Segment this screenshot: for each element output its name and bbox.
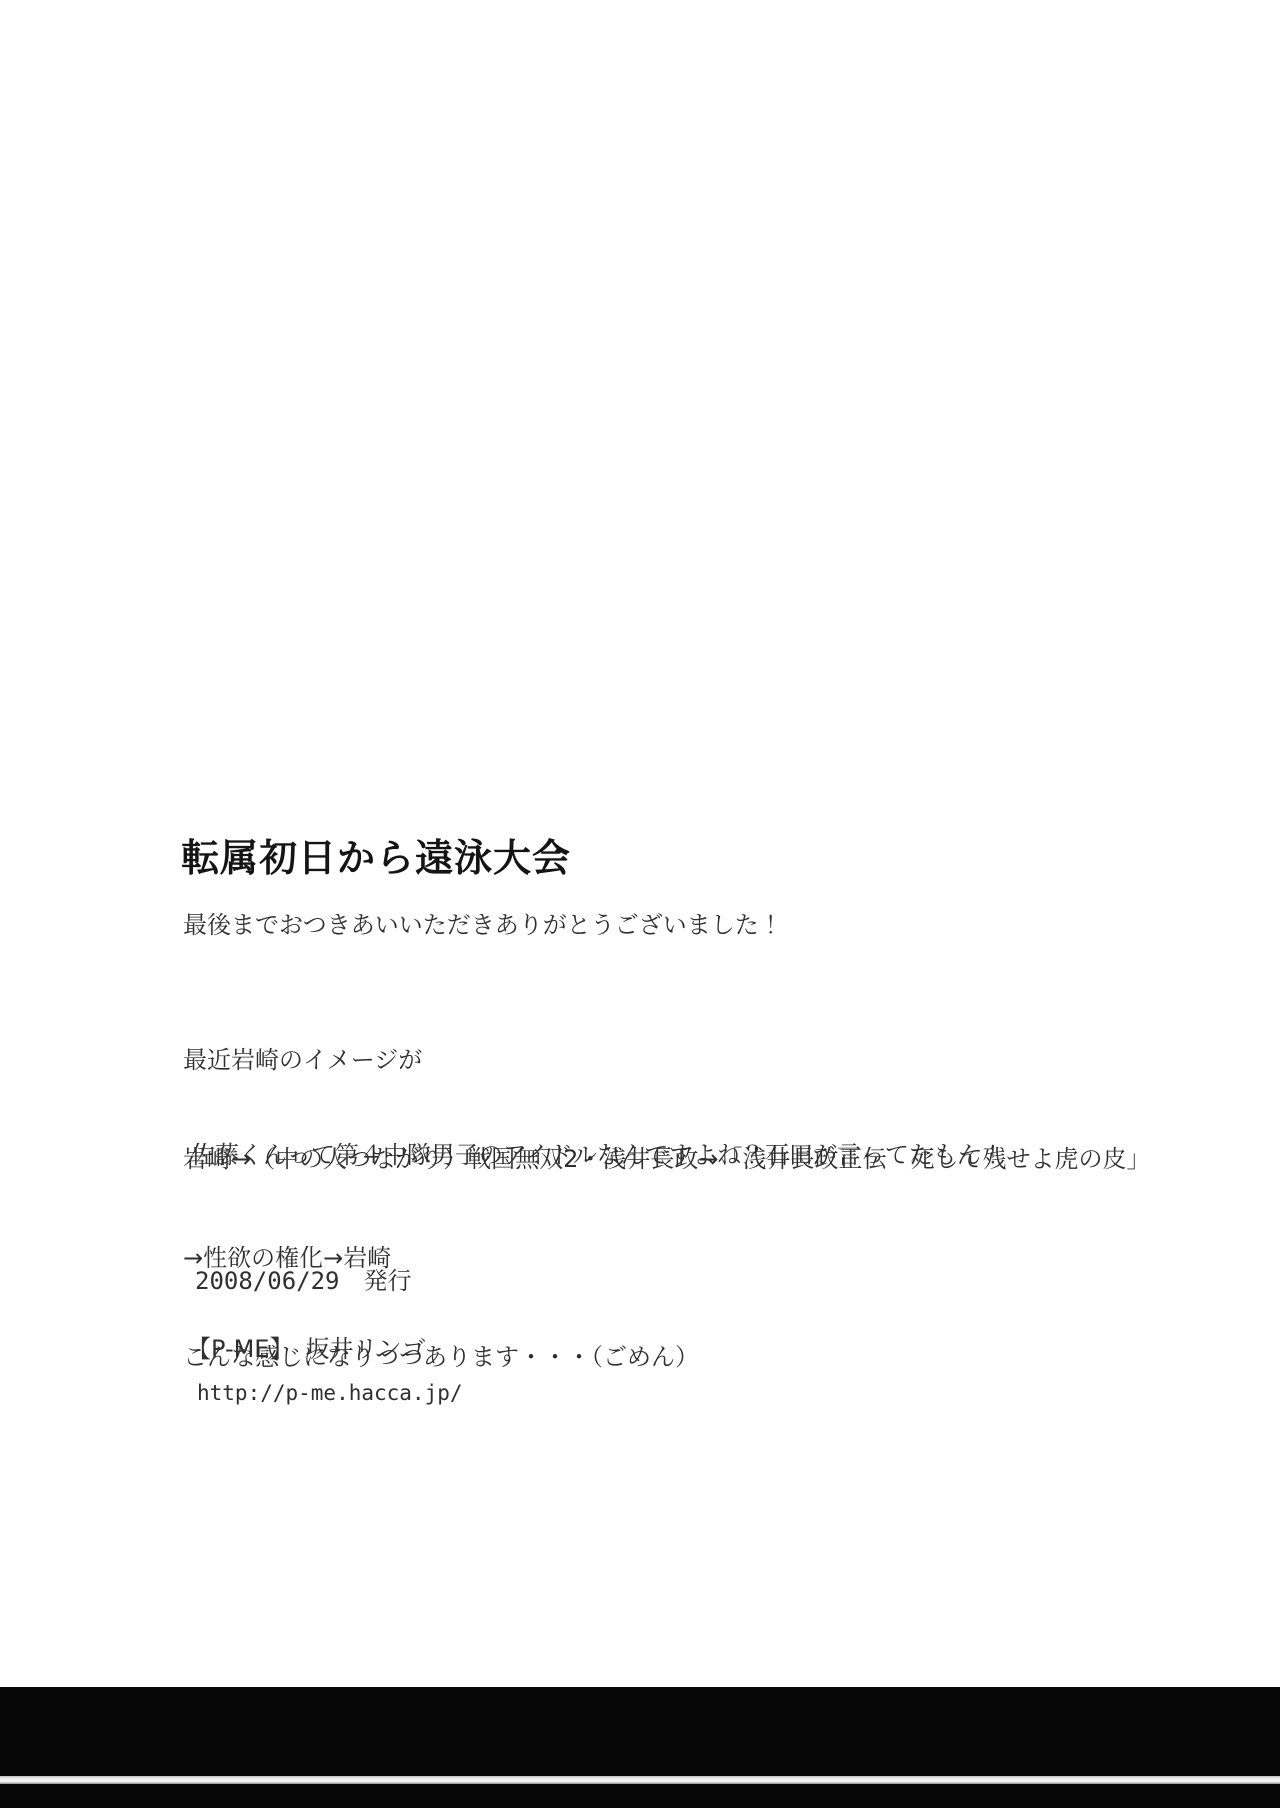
publish-date: 2008/06/29 発行 [195, 1261, 412, 1296]
paragraph-line: 最近岩崎のイメージが [183, 1044, 1151, 1077]
site-url: http://p-me.hacca.jp/ [197, 1381, 463, 1405]
circle-credit: 【P-ME】 坂井リンゴ [187, 1329, 425, 1364]
greeting-line: 最後までおつきあいいただきありがとうございました！ [183, 910, 783, 941]
footer-black-strip [0, 1784, 1280, 1808]
page: { "doc": { "title": "転属初日から遠泳大会", "greet… [0, 0, 1280, 1808]
comment-line: 佐藤くんって第４中隊男子のアイドルなんですよね？石田が言ってたもん！ [191, 1140, 1005, 1171]
footer-divider-line [0, 1776, 1280, 1784]
page-title: 転属初日から遠泳大会 [181, 836, 571, 882]
footer-black-band [0, 1687, 1280, 1776]
